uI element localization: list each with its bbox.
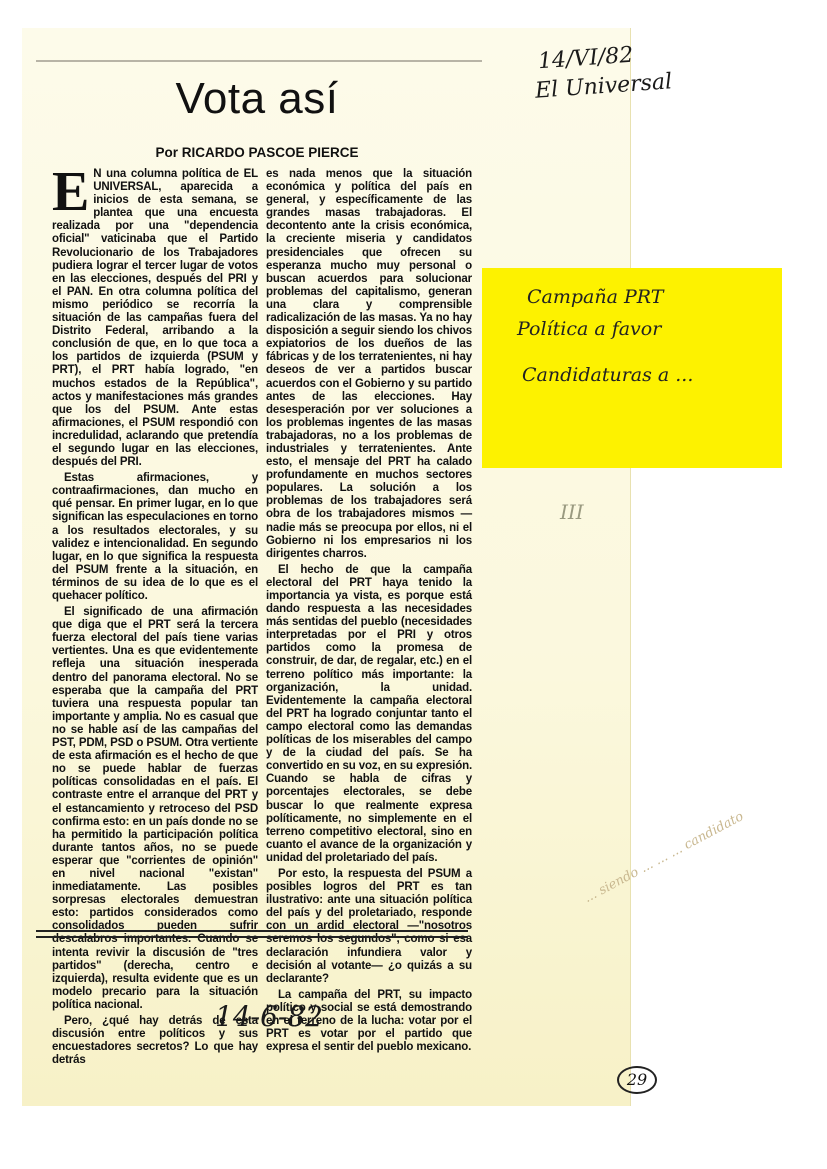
page-number-circled: 29 xyxy=(617,1066,657,1094)
paragraph: El significado de una afirmación que dig… xyxy=(52,606,258,1012)
bottom-rule xyxy=(36,930,468,932)
article-byline: Por RICARDO PASCOE PIERCE xyxy=(32,145,482,160)
sticky-note: Campaña PRT Política a favor Candidatura… xyxy=(482,268,782,468)
sticky-note-line: Candidaturas a ... xyxy=(522,364,693,386)
article-column-2: es nada menos que la situación económica… xyxy=(266,168,472,1057)
sticky-note-line: Campaña PRT xyxy=(527,286,663,308)
top-rule xyxy=(36,60,482,62)
paragraph: Estas afirmaciones, y contraafirmaciones… xyxy=(52,472,258,603)
article-title: Vota así xyxy=(32,74,482,124)
paragraph: es nada menos que la situación económica… xyxy=(266,168,472,561)
sticky-note-line: Política a favor xyxy=(517,318,661,340)
paragraph: EN una columna política de EL UNIVERSAL,… xyxy=(52,168,258,469)
bottom-rule xyxy=(36,936,468,938)
roman-numeral-mark: III xyxy=(560,500,584,524)
handwritten-date-bottom: 14-6-82 xyxy=(215,1000,323,1033)
article: Vota así Por RICARDO PASCOE PIERCE EN un… xyxy=(32,60,482,970)
paragraph: Por esto, la respuesta del PSUM a posibl… xyxy=(266,868,472,986)
drop-cap: E xyxy=(52,170,89,214)
paragraph: El hecho de que la campaña electoral del… xyxy=(266,564,472,865)
